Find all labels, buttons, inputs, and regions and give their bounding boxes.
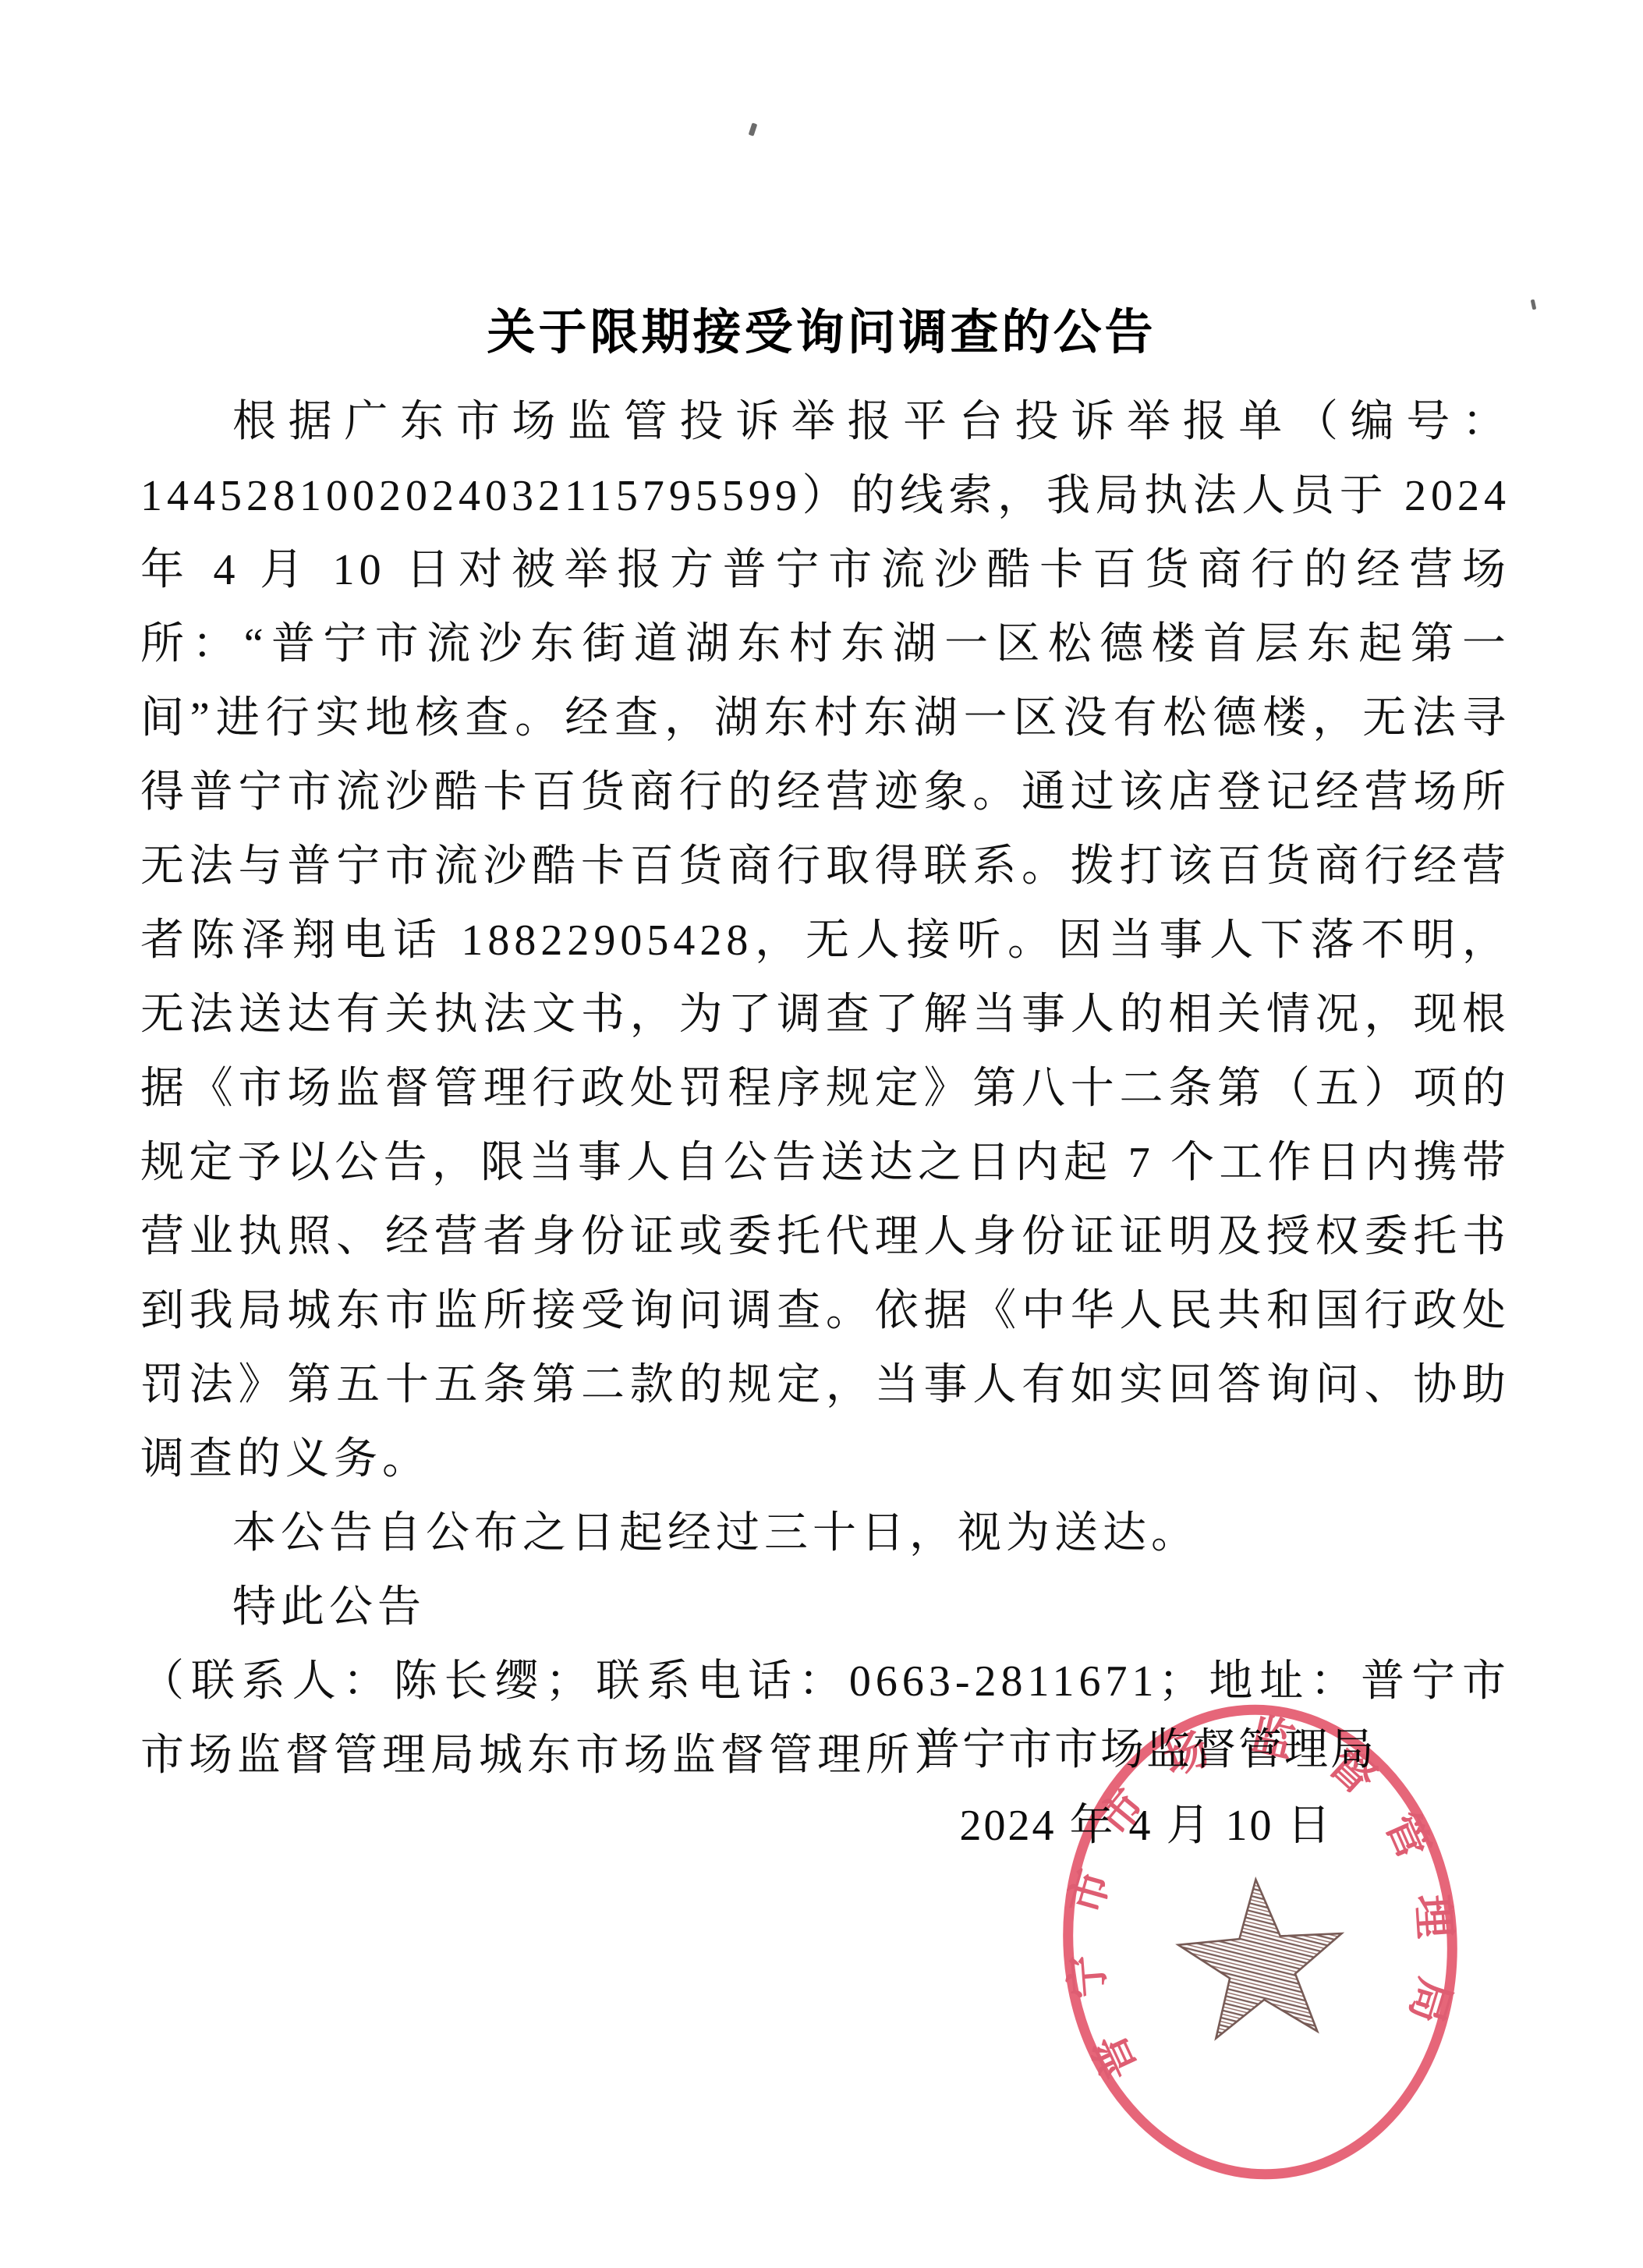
body-paragraph-closing: 特此公告 [140,1571,1510,1645]
issue-date: 2024 年 4 月 10 日 [889,1788,1404,1864]
signature-block: 普宁市市场监督管理局 2024 年 4 月 10 日 [889,1713,1404,1864]
body-paragraph-main: 根据广东市场监管投诉举报平台投诉举报单（编号：14452810020240321… [140,385,1510,1497]
document-body: 根据广东市场监管投诉举报平台投诉举报单（编号：14452810020240321… [140,385,1510,1793]
issuer-name: 普宁市市场监督管理局 [889,1713,1404,1788]
seal-star-icon [1174,1874,1348,2041]
scan-artifact [749,122,758,136]
document-page: 关于限期接受询问调查的公告 根据广东市场监管投诉举报平台投诉举报单（编号：144… [0,0,1643,2268]
body-paragraph-delivery-notice: 本公告自公布之日起经过三十日，视为送达。 [140,1497,1510,1571]
page-title: 关于限期接受询问调查的公告 [0,293,1643,363]
